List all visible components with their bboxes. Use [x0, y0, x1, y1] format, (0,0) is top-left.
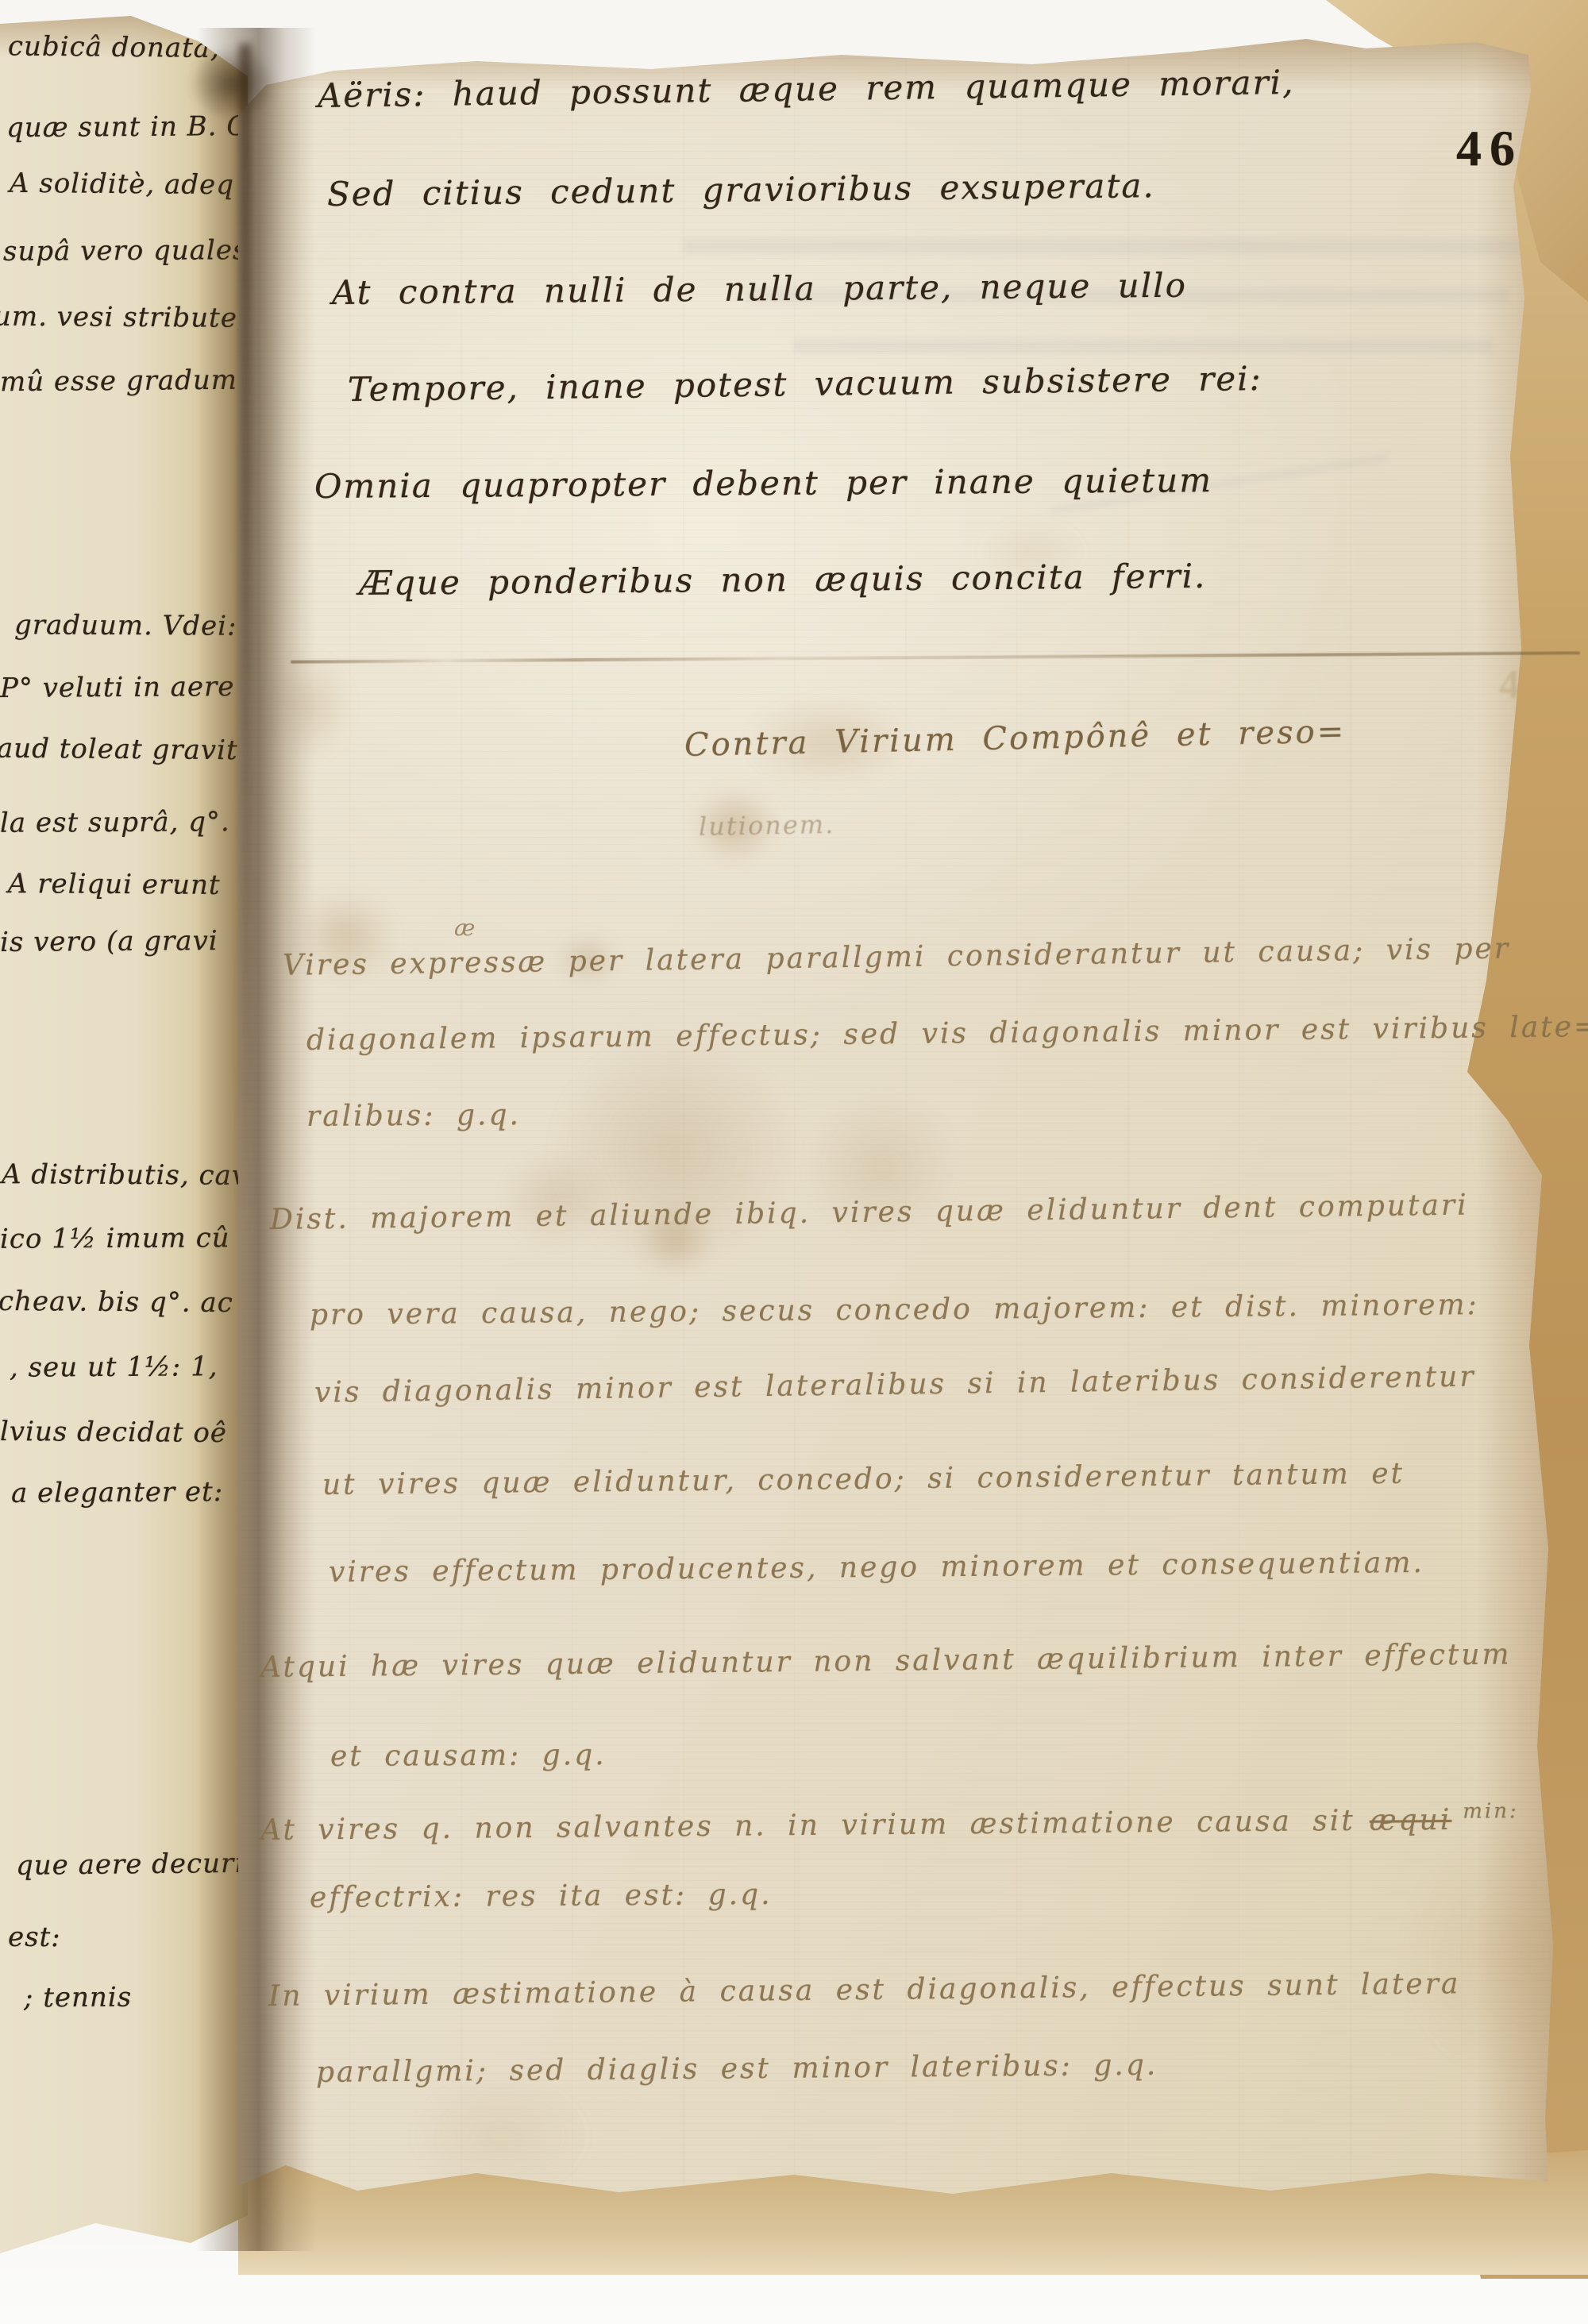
left-page-text-fragment: A reliqui erunt — [8, 868, 221, 901]
body-line: et causam: g.q. — [330, 1739, 607, 1773]
left-page-text-fragment: est: — [8, 1921, 61, 1953]
left-page-text-fragment: is vero (a gravi — [0, 925, 218, 958]
struck-word: æqui — [1370, 1804, 1452, 1837]
gutter-top-shadow — [189, 46, 276, 121]
left-page-text-fragment: a eleganter et: — [11, 1476, 223, 1509]
section-heading-continuation: lutionem. — [699, 809, 835, 842]
verse-line: At contra nulli de nulla parte, neque ul… — [332, 266, 1187, 312]
verse-line: Æque ponderibus non æquis concita ferri. — [359, 557, 1207, 603]
left-page-text-fragment: lvius decidat oê — [0, 1416, 227, 1449]
page-number: 46 — [1456, 119, 1523, 178]
left-page-text-fragment: ico 1½ imum cû — [0, 1222, 230, 1255]
show-through-streak — [794, 339, 1493, 353]
manuscript-scan: cubicâ donata, et quæ sunt in B. Ca. A s… — [0, 0, 1588, 2324]
left-page-text-fragment: ; tennis — [24, 1982, 132, 2014]
show-through-streak — [683, 238, 1524, 254]
gutter-shadow — [197, 28, 316, 2251]
left-page-text-fragment: , seu ut 1½: 1, — [10, 1351, 218, 1383]
left-page-text-fragment: la est suprâ, q°. — [0, 806, 230, 839]
interlinear-correction: min: — [1463, 1799, 1519, 1824]
gutter-crease — [239, 44, 252, 1235]
verse-line: Omnia quapropter debent per inane quietu… — [314, 461, 1212, 506]
interlinear-insertion: æ — [454, 915, 475, 941]
stain — [778, 1072, 985, 1262]
body-line: effectrix: res ita est: g.q. — [310, 1879, 773, 1914]
body-line: ralibus: g.q. — [306, 1099, 521, 1133]
